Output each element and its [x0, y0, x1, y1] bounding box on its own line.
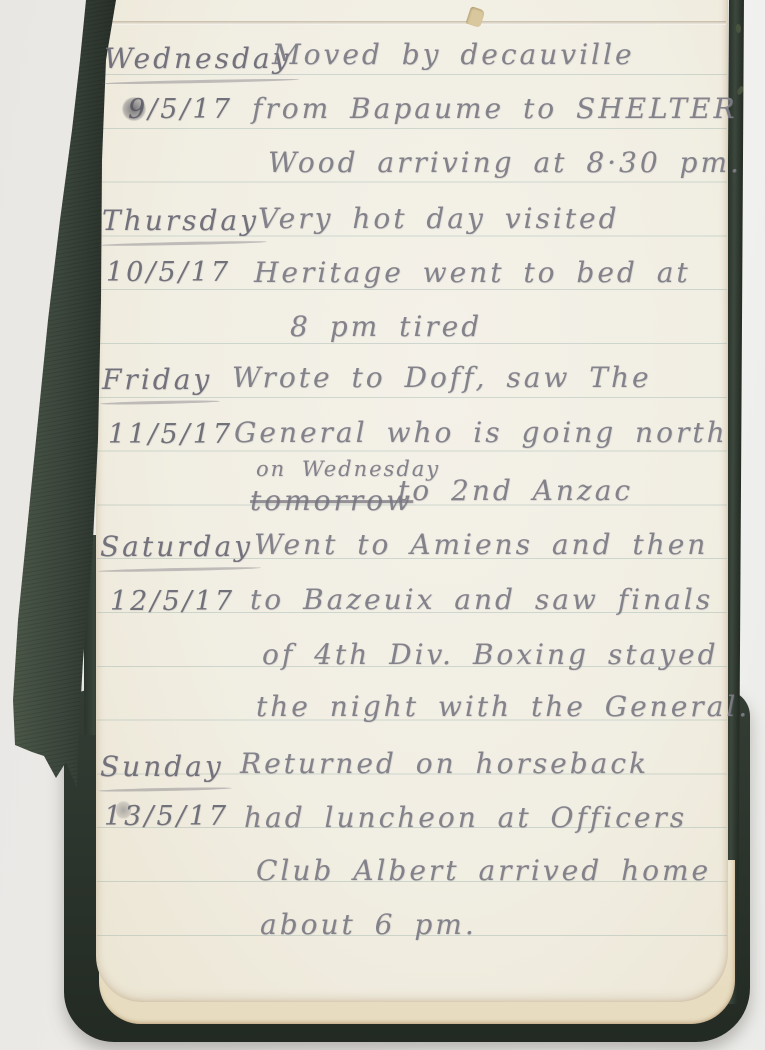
- entry-line: Returned on horseback: [240, 747, 649, 780]
- overwrite-mark: [116, 800, 131, 820]
- day-label: Wednesday: [104, 42, 291, 77]
- struck-text: tomorrow: [250, 484, 413, 517]
- entry-line: to Bazeuix and saw finals: [250, 583, 713, 616]
- day-label: Sunday: [100, 750, 224, 785]
- day-label: Saturday: [100, 530, 253, 565]
- entry-line: Heritage went to bed at: [254, 256, 691, 289]
- entry-line: had luncheon at Officers: [244, 801, 687, 834]
- date-label: 10/5/17: [106, 257, 231, 288]
- day-label: Friday: [102, 363, 212, 398]
- entry-line: Wrote to Doff, saw The: [232, 361, 652, 394]
- entry-line: about 6 pm.: [260, 908, 477, 941]
- entry-line: Wood arriving at 8·30 pm.: [268, 146, 742, 179]
- entry-line: Club Albert arrived home: [256, 854, 711, 887]
- entry-line: from Bapaume to SHELTER: [252, 92, 738, 125]
- entry-line: to 2nd Anzac: [398, 474, 633, 507]
- entry-line: the night with the General.: [256, 690, 750, 723]
- date-label: 12/5/17: [110, 586, 235, 617]
- entry-line: General who is going north: [234, 416, 728, 449]
- entry-line: 8 pm tired: [290, 310, 482, 343]
- day-label: Thursday: [102, 204, 259, 239]
- entry-line: Very hot day visited: [258, 202, 620, 235]
- date-label: 11/5/17: [108, 419, 233, 450]
- diary-photo: Wednesday 9/5/17 Moved by decauville fro…: [0, 0, 765, 1050]
- entry-line: Went to Amiens and then: [254, 528, 708, 561]
- diary-entries: Wednesday 9/5/17 Moved by decauville fro…: [0, 0, 765, 1050]
- entry-line: Moved by decauville: [272, 38, 635, 71]
- entry-line: of 4th Div. Boxing stayed: [262, 638, 719, 671]
- scribble-mark: [122, 97, 146, 121]
